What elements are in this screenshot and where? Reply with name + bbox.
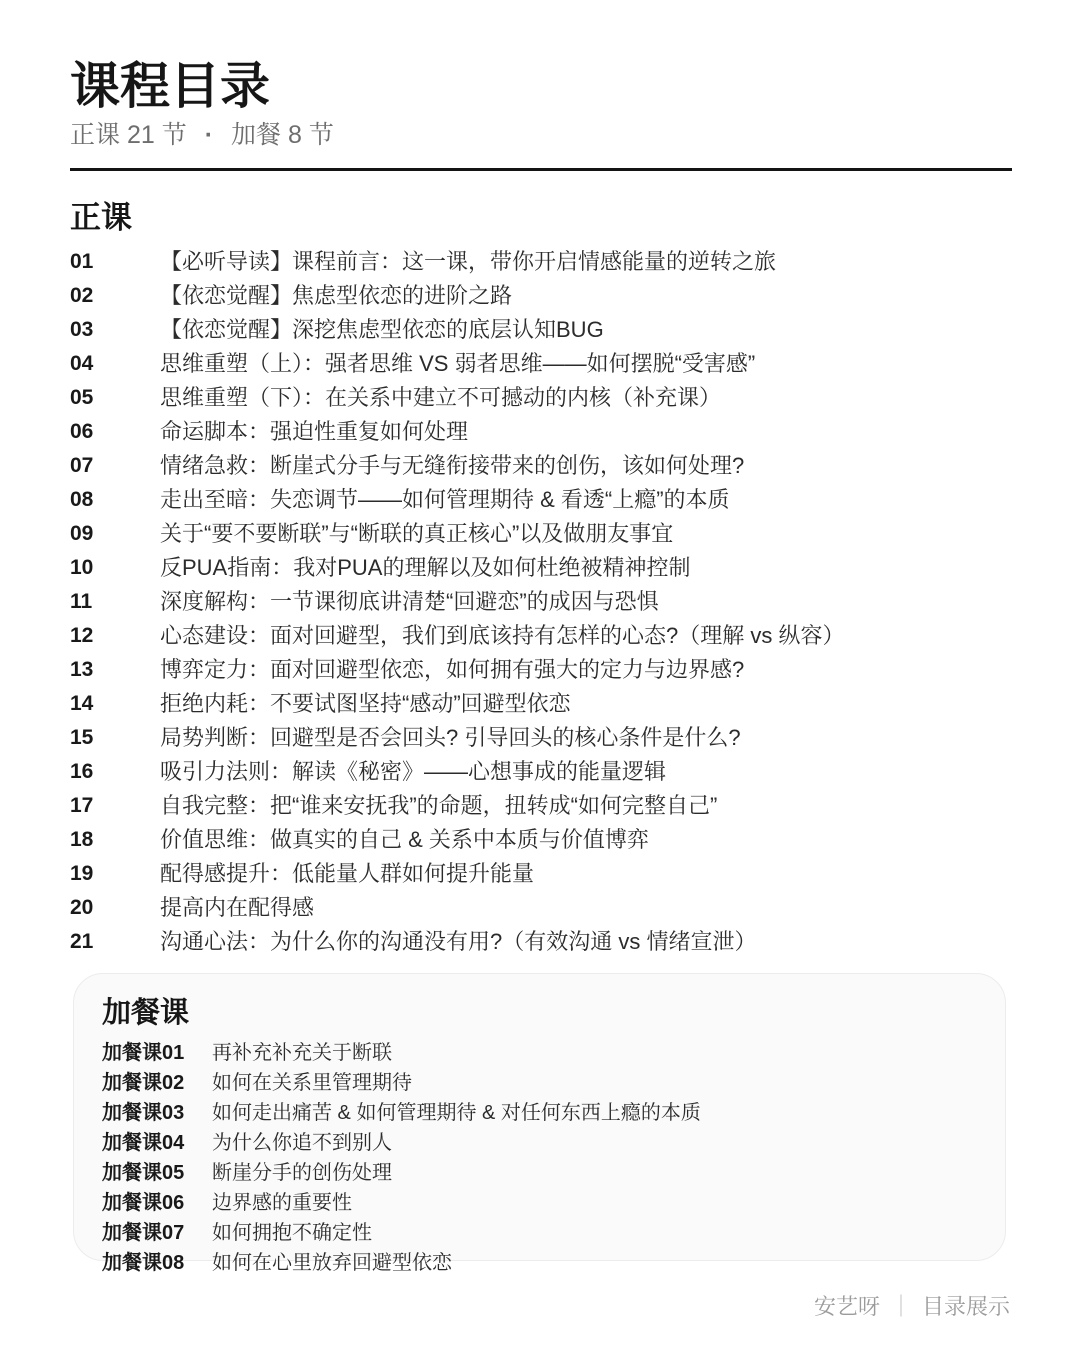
main-course-list: 01【必听导读】课程前言：这一课，带你开启情感能量的逆转之旅02【依恋觉醒】焦虑… xyxy=(70,245,1012,959)
course-row-number: 05 xyxy=(70,381,160,415)
page-subtitle: 正课 21 节 · 加餐 8 节 xyxy=(70,120,1012,150)
course-row-number: 10 xyxy=(70,551,160,585)
bonus-row-title: 再补充补充关于断联 xyxy=(212,1038,977,1068)
bonus-course-heading: 加餐课 xyxy=(102,996,977,1030)
course-row-title: 思维重塑（下）：在关系中建立不可撼动的内核（补充课） xyxy=(160,381,1012,415)
course-row: 21沟通心法：为什么你的沟通没有用?（有效沟通 vs 情绪宣泄） xyxy=(70,925,1012,959)
course-row-number: 08 xyxy=(70,483,160,517)
main-course-heading: 正课 xyxy=(70,199,1012,237)
course-row: 02【依恋觉醒】焦虑型依恋的进阶之路 xyxy=(70,279,1012,313)
course-row-title: 命运脚本：强迫性重复如何处理 xyxy=(160,415,1012,449)
bonus-row-title: 如何走出痛苦 & 如何管理期待 & 对任何东西上瘾的本质 xyxy=(212,1098,977,1128)
subtitle-main-count: 正课 21 节 xyxy=(70,120,187,150)
course-row: 19配得感提升：低能量人群如何提升能量 xyxy=(70,857,1012,891)
bonus-row-number: 加餐课03 xyxy=(102,1098,212,1128)
bonus-row-number: 加餐课02 xyxy=(102,1068,212,1098)
course-row-title: 反PUA指南：我对PUA的理解以及如何杜绝被精神控制 xyxy=(160,551,1012,585)
course-row-number: 14 xyxy=(70,687,160,721)
bonus-row-number: 加餐课04 xyxy=(102,1128,212,1158)
course-row: 01【必听导读】课程前言：这一课，带你开启情感能量的逆转之旅 xyxy=(70,245,1012,279)
bonus-row: 加餐课02如何在关系里管理期待 xyxy=(102,1068,977,1098)
course-row: 18价值思维：做真实的自己 & 关系中本质与价值博弈 xyxy=(70,823,1012,857)
course-row-title: 情绪急救：断崖式分手与无缝衔接带来的创伤，该如何处理? xyxy=(160,449,1012,483)
course-row: 14拒绝内耗：不要试图坚持“感动”回避型依恋 xyxy=(70,687,1012,721)
course-row: 03【依恋觉醒】深挖焦虑型依恋的底层认知BUG xyxy=(70,313,1012,347)
course-row: 04思维重塑（上）：强者思维 VS 弱者思维——如何摆脱“受害感” xyxy=(70,347,1012,381)
page-title: 课程目录 xyxy=(70,58,1012,116)
bonus-row: 加餐课04为什么你追不到别人 xyxy=(102,1128,977,1158)
subtitle-bonus-count: 加餐 8 节 xyxy=(231,120,334,150)
course-row: 10反PUA指南：我对PUA的理解以及如何杜绝被精神控制 xyxy=(70,551,1012,585)
header-divider xyxy=(70,168,1012,171)
course-row-title: 吸引力法则：解读《秘密》——心想事成的能量逻辑 xyxy=(160,755,1012,789)
bonus-row-title: 为什么你追不到别人 xyxy=(212,1128,977,1158)
bonus-course-box: 加餐课 加餐课01再补充补充关于断联加餐课02如何在关系里管理期待加餐课03如何… xyxy=(73,973,1006,1261)
course-row-number: 06 xyxy=(70,415,160,449)
bonus-course-list: 加餐课01再补充补充关于断联加餐课02如何在关系里管理期待加餐课03如何走出痛苦… xyxy=(102,1038,977,1278)
course-catalog-page: 课程目录 正课 21 节 · 加餐 8 节 正课 01【必听导读】课程前言：这一… xyxy=(0,0,1080,1350)
course-row: 06命运脚本：强迫性重复如何处理 xyxy=(70,415,1012,449)
footer-author: 安艺呀 xyxy=(814,1294,880,1319)
bonus-row-number: 加餐课01 xyxy=(102,1038,212,1068)
course-row: 05思维重塑（下）：在关系中建立不可撼动的内核（补充课） xyxy=(70,381,1012,415)
course-row-title: 关于“要不要断联”与“断联的真正核心”以及做朋友事宜 xyxy=(160,517,1012,551)
bonus-row-title: 断崖分手的创伤处理 xyxy=(212,1158,977,1188)
bonus-row-number: 加餐课06 xyxy=(102,1188,212,1218)
course-row: 07情绪急救：断崖式分手与无缝衔接带来的创伤，该如何处理? xyxy=(70,449,1012,483)
course-row: 09关于“要不要断联”与“断联的真正核心”以及做朋友事宜 xyxy=(70,517,1012,551)
footer-label: 目录展示 xyxy=(922,1294,1010,1319)
course-row-title: 拒绝内耗：不要试图坚持“感动”回避型依恋 xyxy=(160,687,1012,721)
bonus-row: 加餐课05断崖分手的创伤处理 xyxy=(102,1158,977,1188)
bonus-row-title: 如何在关系里管理期待 xyxy=(212,1068,977,1098)
course-row-number: 15 xyxy=(70,721,160,755)
course-row-number: 12 xyxy=(70,619,160,653)
course-row-number: 11 xyxy=(70,585,160,619)
course-row-number: 13 xyxy=(70,653,160,687)
page-footer: 安艺呀｜目录展示 xyxy=(814,1294,1010,1320)
course-row-title: 【依恋觉醒】深挖焦虑型依恋的底层认知BUG xyxy=(160,313,1012,347)
footer-separator: ｜ xyxy=(890,1294,912,1319)
course-row: 13博弈定力：面对回避型依恋，如何拥有强大的定力与边界感? xyxy=(70,653,1012,687)
bonus-row: 加餐课06边界感的重要性 xyxy=(102,1188,977,1218)
course-row-number: 17 xyxy=(70,789,160,823)
bonus-row-title: 如何在心里放弃回避型依恋 xyxy=(212,1248,977,1278)
bonus-row-number: 加餐课08 xyxy=(102,1248,212,1278)
course-row-title: 深度解构：一节课彻底讲清楚“回避恋”的成因与恐惧 xyxy=(160,585,1012,619)
bonus-row-title: 边界感的重要性 xyxy=(212,1188,977,1218)
bonus-row: 加餐课03如何走出痛苦 & 如何管理期待 & 对任何东西上瘾的本质 xyxy=(102,1098,977,1128)
course-row: 20提高内在配得感 xyxy=(70,891,1012,925)
bonus-row: 加餐课08如何在心里放弃回避型依恋 xyxy=(102,1248,977,1278)
subtitle-dot-separator: · xyxy=(205,120,213,150)
course-row-title: 价值思维：做真实的自己 & 关系中本质与价值博弈 xyxy=(160,823,1012,857)
course-row-number: 07 xyxy=(70,449,160,483)
bonus-row-title: 如何拥抱不确定性 xyxy=(212,1218,977,1248)
course-row-number: 03 xyxy=(70,313,160,347)
course-row-title: 博弈定力：面对回避型依恋，如何拥有强大的定力与边界感? xyxy=(160,653,1012,687)
course-row: 08走出至暗：失恋调节——如何管理期待 & 看透“上瘾”的本质 xyxy=(70,483,1012,517)
course-row-number: 16 xyxy=(70,755,160,789)
course-row-title: 走出至暗：失恋调节——如何管理期待 & 看透“上瘾”的本质 xyxy=(160,483,1012,517)
course-row: 16吸引力法则：解读《秘密》——心想事成的能量逻辑 xyxy=(70,755,1012,789)
course-row-number: 19 xyxy=(70,857,160,891)
course-row-title: 自我完整：把“谁来安抚我”的命题，扭转成“如何完整自己” xyxy=(160,789,1012,823)
bonus-row: 加餐课07如何拥抱不确定性 xyxy=(102,1218,977,1248)
course-row-number: 20 xyxy=(70,891,160,925)
course-row-title: 局势判断：回避型是否会回头? 引导回头的核心条件是什么? xyxy=(160,721,1012,755)
course-row-number: 04 xyxy=(70,347,160,381)
course-row-number: 02 xyxy=(70,279,160,313)
course-row-number: 21 xyxy=(70,925,160,959)
course-row-number: 18 xyxy=(70,823,160,857)
course-row: 12心态建设：面对回避型，我们到底该持有怎样的心态?（理解 vs 纵容） xyxy=(70,619,1012,653)
course-row-title: 心态建设：面对回避型，我们到底该持有怎样的心态?（理解 vs 纵容） xyxy=(160,619,1012,653)
course-row-title: 【必听导读】课程前言：这一课，带你开启情感能量的逆转之旅 xyxy=(160,245,1012,279)
course-row: 11深度解构：一节课彻底讲清楚“回避恋”的成因与恐惧 xyxy=(70,585,1012,619)
course-row: 15局势判断：回避型是否会回头? 引导回头的核心条件是什么? xyxy=(70,721,1012,755)
course-row-title: 【依恋觉醒】焦虑型依恋的进阶之路 xyxy=(160,279,1012,313)
course-row-title: 思维重塑（上）：强者思维 VS 弱者思维——如何摆脱“受害感” xyxy=(160,347,1012,381)
main-course-section: 正课 01【必听导读】课程前言：这一课，带你开启情感能量的逆转之旅02【依恋觉醒… xyxy=(70,199,1012,959)
course-row-title: 配得感提升：低能量人群如何提升能量 xyxy=(160,857,1012,891)
bonus-row: 加餐课01再补充补充关于断联 xyxy=(102,1038,977,1068)
course-row-number: 01 xyxy=(70,245,160,279)
bonus-row-number: 加餐课05 xyxy=(102,1158,212,1188)
course-row-title: 提高内在配得感 xyxy=(160,891,1012,925)
course-row-number: 09 xyxy=(70,517,160,551)
course-row-title: 沟通心法：为什么你的沟通没有用?（有效沟通 vs 情绪宣泄） xyxy=(160,925,1012,959)
course-row: 17自我完整：把“谁来安抚我”的命题，扭转成“如何完整自己” xyxy=(70,789,1012,823)
bonus-row-number: 加餐课07 xyxy=(102,1218,212,1248)
page-content: 课程目录 正课 21 节 · 加餐 8 节 正课 01【必听导读】课程前言：这一… xyxy=(0,58,1080,1261)
